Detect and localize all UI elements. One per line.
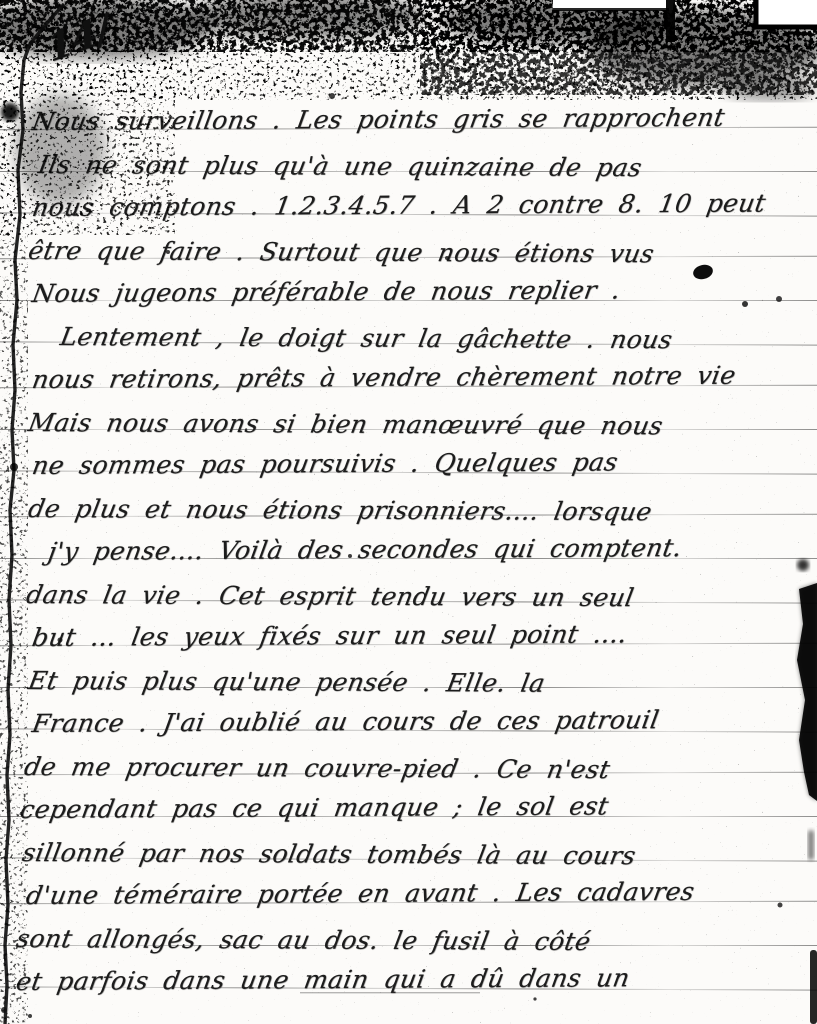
manuscript-line: but ... les yeux fixés sur un seul point… <box>0 602 817 645</box>
manuscript-line: nous retirons, prêts à vendre chèrement … <box>0 344 817 387</box>
manuscript-line: ne sommes pas poursuivis . Quelques pas <box>0 430 817 473</box>
manuscript-line: et parfois dans une main qui a dû dans u… <box>0 946 817 989</box>
manuscript-line: j'y pense.... Voilà des secondes qui com… <box>0 516 817 559</box>
manuscript-line: d'une téméraire portée en avant . Les ca… <box>0 860 817 903</box>
manuscript-line: France . J'ai oublié au cours de ces pat… <box>0 688 817 731</box>
manuscript-line: sillonné par nos soldats tombés là au co… <box>0 817 817 860</box>
manuscript-line: cependant pas ce qui manque ; le sol est <box>0 774 817 817</box>
manuscript-line: Mais nous avons si bien manœuvré que nou… <box>0 387 817 430</box>
manuscript-line: Et puis plus qu'une pensée . Elle. la <box>0 645 817 688</box>
manuscript-body: Nous surveillons . Les points gris se ra… <box>0 0 817 1024</box>
manuscript-line: Nous jugeons préférable de nous replier … <box>0 258 817 301</box>
manuscript-line: Lentement , le doigt sur la gâchette . n… <box>0 301 817 344</box>
manuscript-line: Nous surveillons . Les points gris se ra… <box>0 86 817 129</box>
manuscript-line: de plus et nous étions prisonniers.... l… <box>0 473 817 516</box>
manuscript-line-text: et parfois dans une main qui a dû dans u… <box>14 963 632 996</box>
manuscript-line: sont allongés, sac au dos. le fusil à cô… <box>0 903 817 946</box>
manuscript-line: nous comptons . 1.2.3.4.5.7 . A 2 contre… <box>0 172 817 215</box>
manuscript-line: dans la vie . Cet esprit tendu vers un s… <box>0 559 817 602</box>
manuscript-line: Ils ne sont plus qu'à une quinzaine de p… <box>0 129 817 172</box>
manuscript-line: être que faire . Surtout que nous étions… <box>0 215 817 258</box>
scanned-manuscript-page: Nous surveillons . Les points gris se ra… <box>0 0 817 1024</box>
manuscript-line: de me procurer un couvre-pied . Ce n'est <box>0 731 817 774</box>
